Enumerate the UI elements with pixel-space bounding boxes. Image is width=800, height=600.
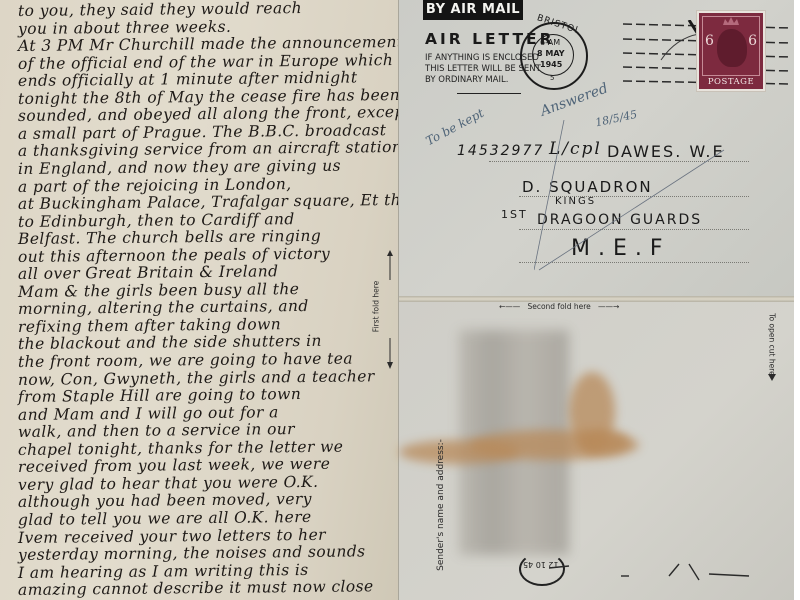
- postage-stamp: 6 6 POSTAGE: [697, 11, 765, 91]
- service-number: 14532977: [457, 143, 544, 159]
- crown-icon: [721, 16, 741, 26]
- letter-line: to you, they said they would reach: [18, 0, 302, 20]
- open-cut-marker: To open cut here: [761, 310, 783, 380]
- sender-address-label: Sender's name and address:-: [436, 439, 446, 571]
- king-portrait-icon: [717, 29, 747, 67]
- bristol-postmark: BRISTOL 6-AM 8 MAY 1945 5: [520, 22, 588, 90]
- fold-arrow-left-icon: ←——: [499, 302, 525, 311]
- address-panel: BY AIR MAIL AIR LETTER IF ANYTHING IS EN…: [398, 0, 795, 600]
- postmark-time: 6-AM: [540, 38, 560, 47]
- letter-line: in England, and now they are giving us: [18, 157, 341, 178]
- open-cut-label: To open cut here: [768, 313, 777, 375]
- pencil-cross-mark-icon: [534, 120, 734, 280]
- pencil-note-keep: To be kept: [423, 106, 486, 148]
- stamp-value-left: 6: [705, 33, 714, 49]
- first-fold-marker: First fold here: [378, 250, 400, 370]
- postmark-year: 1945: [540, 60, 562, 69]
- notice-line: BY ORDINARY MAIL.: [425, 75, 541, 86]
- divider: [457, 93, 521, 94]
- back-cancellation-icon: [549, 560, 789, 590]
- stamp-value-right: 6: [748, 33, 757, 49]
- second-fold-label: Second fold here: [527, 302, 590, 311]
- stamp-label: POSTAGE: [699, 77, 763, 87]
- stain: [579, 430, 629, 454]
- sender-address-marker: Sender's name and address:-: [435, 420, 457, 590]
- fold-arrow-icon: [385, 250, 395, 370]
- address-side: BY AIR MAIL AIR LETTER IF ANYTHING IS EN…: [399, 0, 795, 298]
- handwritten-letter-panel: to you, they said they would reachyou in…: [0, 0, 398, 600]
- first-fold-label: First fold here: [371, 281, 380, 333]
- by-air-mail-label: BY AIR MAIL: [423, 0, 523, 20]
- arrow-down-icon: [768, 372, 776, 382]
- letter-line: amazing cannot describe it must now clos…: [18, 577, 374, 599]
- postmark-code: 5: [550, 74, 554, 82]
- second-fold-marker: ←—— Second fold here ——→: [499, 302, 619, 311]
- letter-line: at Buckingham Palace, Trafalgar square, …: [18, 191, 421, 213]
- air-letter-sheet: to you, they said they would reachyou in…: [0, 0, 800, 600]
- letter-line: yesterday morning, the noises and sounds: [18, 542, 366, 564]
- torn-edge: [794, 0, 800, 600]
- postmark-city: BRISTOL: [536, 13, 582, 37]
- postmark-date: 8 MAY: [537, 49, 565, 58]
- regiment-prefix: 1ST: [501, 208, 528, 221]
- fold-arrow-right-icon: ——→: [593, 302, 619, 311]
